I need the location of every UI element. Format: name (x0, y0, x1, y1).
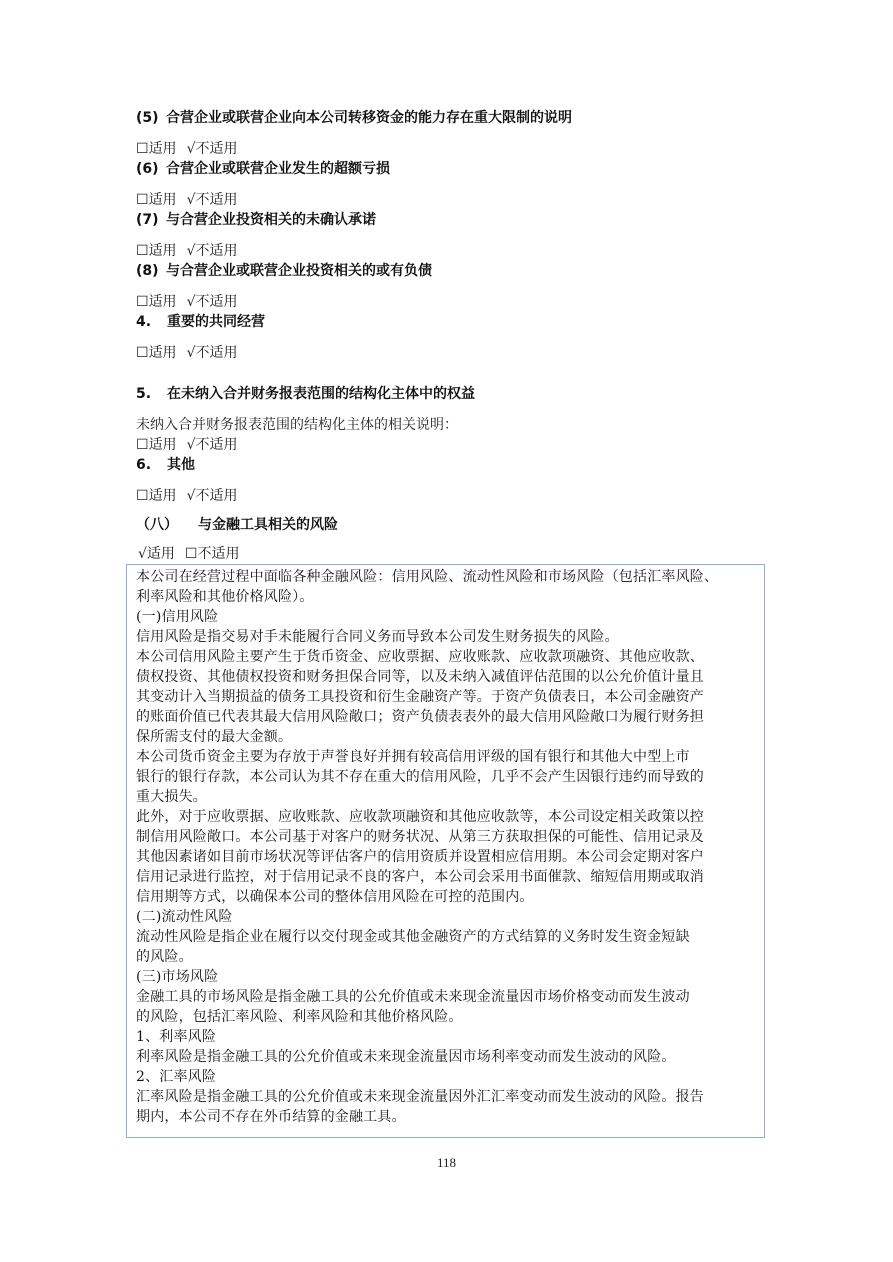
checkbox-not-applicable: √不适用 (187, 343, 238, 363)
box-line: 的风险。 (136, 947, 193, 967)
heading-text: 与合营企业投资相关的未确认承诺 (166, 212, 376, 228)
heading-number: 6. (136, 455, 167, 475)
section-heading-5: 5.在未纳入合并财务报表范围的结构化主体中的权益 (136, 384, 475, 404)
financial-risk-text-box: 本公司在经营过程中面临各种金融风险：信用风险、流动性风险和市场风险（包括汇率风险… (126, 564, 765, 1138)
box-line: 本公司货币资金主要为存放于声誉良好并拥有较高信用评级的国有银行和其他大中型上市 (136, 747, 690, 767)
box-line: 保所需支付的最大金额。 (136, 727, 292, 747)
checkbox-not-applicable: ☐不适用 (185, 544, 240, 564)
checkbox-applicable: ☐适用 (136, 241, 177, 261)
box-line: 利率风险是指金融工具的公允价值或未来现金流量因市场利率变动而发生波动的风险。 (136, 1047, 676, 1067)
document-page: (5)合营企业或联营企业向本公司转移资金的能力存在重大限制的说明 ☐适用√不适用… (0, 0, 893, 1262)
box-line: 本公司在经营过程中面临各种金融风险：信用风险、流动性风险和市场风险（包括汇率风险… (136, 567, 718, 587)
heading-number: 4. (136, 312, 167, 332)
applicability-4: ☐适用√不适用 (136, 343, 237, 363)
heading-number: 5. (136, 384, 167, 404)
box-line: 期内，本公司不存在外币结算的金融工具。 (136, 1107, 406, 1127)
heading-text: 在未纳入合并财务报表范围的结构化主体中的权益 (167, 386, 475, 402)
section-heading-8-paren: (8)与合营企业或联营企业投资相关的或有负债 (136, 261, 432, 281)
section-heading-6-paren: (6)合营企业或联营企业发生的超额亏损 (136, 159, 390, 179)
page-number: 118 (0, 1155, 893, 1171)
checkbox-applicable: ☐适用 (136, 486, 177, 506)
heading-text: 与金融工具相关的风险 (198, 517, 338, 533)
heading-number: (7) (136, 210, 166, 230)
box-line: 本公司信用风险主要产生于货币资金、应收票据、应收账款、应收款项融资、其他应收款、 (136, 647, 704, 667)
checkbox-applicable: ☐适用 (136, 343, 177, 363)
box-line: 信用期等方式，以确保本公司的整体信用风险在可控的范围内。 (136, 887, 534, 907)
box-line: 此外，对于应收票据、应收账款、应收款项融资和其他应收款等，本公司设定相关政策以控 (136, 807, 704, 827)
box-line: 信用记录进行监控，对于信用记录不良的客户，本公司会采用书面催款、缩短信用期或取消 (136, 867, 704, 887)
checkbox-applicable: ☐适用 (136, 435, 177, 455)
checkbox-not-applicable: √不适用 (187, 139, 238, 159)
box-line: 1、利率风险 (136, 1027, 216, 1047)
heading-text: 与合营企业或联营企业投资相关的或有负债 (166, 263, 432, 279)
box-line: 重大损失。 (136, 787, 207, 807)
applicability-5: ☐适用√不适用 (136, 435, 237, 455)
checkbox-applicable: ☐适用 (136, 139, 177, 159)
section-heading-5-paren: (5)合营企业或联营企业向本公司转移资金的能力存在重大限制的说明 (136, 108, 572, 128)
checkbox-not-applicable: √不适用 (187, 292, 238, 312)
box-line: (三)市场风险 (136, 967, 218, 987)
heading-text: 合营企业或联营企业向本公司转移资金的能力存在重大限制的说明 (166, 110, 572, 126)
box-line: (二)流动性风险 (136, 907, 233, 927)
box-line: 的风险，包括汇率风险、利率风险和其他价格风险。 (136, 1007, 463, 1027)
box-line: 金融工具的市场风险是指金融工具的公允价值或未来现金流量因市场价格变动而发生波动 (136, 987, 690, 1007)
box-line: 银行的银行存款，本公司认为其不存在重大的信用风险，几乎不会产生因银行违约而导致的 (136, 767, 704, 787)
checkbox-not-applicable: √不适用 (187, 486, 238, 506)
section-heading-7-paren: (7)与合营企业投资相关的未确认承诺 (136, 210, 376, 230)
checkbox-not-applicable: √不适用 (187, 190, 238, 210)
section-5-note: 未纳入合并财务报表范围的结构化主体的相关说明： (136, 415, 458, 435)
applicability-8-chinese: √适用☐不适用 (138, 544, 239, 564)
heading-text: 重要的共同经营 (167, 314, 265, 330)
heading-number: (8) (136, 261, 166, 281)
section-heading-4: 4.重要的共同经营 (136, 312, 265, 332)
heading-text: 其他 (167, 457, 195, 473)
heading-number: (6) (136, 159, 166, 179)
checkbox-applicable: √适用 (138, 544, 175, 564)
box-line: 其变动计入当期损益的债务工具投资和衍生金融资产等。于资产负债表日，本公司金融资产 (136, 687, 704, 707)
applicability-6: ☐适用√不适用 (136, 486, 237, 506)
applicability-5-paren: ☐适用√不适用 (136, 139, 237, 159)
box-line: 制信用风险敞口。本公司基于对客户的财务状况、从第三方获取担保的可能性、信用记录及 (136, 827, 704, 847)
box-line: 其他因素诸如目前市场状况等评估客户的信用资质并设置相应信用期。本公司会定期对客户 (136, 847, 704, 867)
box-line: 债权投资、其他债权投资和财务担保合同等，以及未纳入减值评估范围的以公允价值计量且 (136, 667, 704, 687)
box-line: 2、汇率风险 (136, 1067, 216, 1087)
heading-number: （八） (136, 515, 198, 535)
checkbox-not-applicable: √不适用 (187, 435, 238, 455)
box-line: 汇率风险是指金融工具的公允价值或未来现金流量因外汇汇率变动而发生波动的风险。报告 (136, 1087, 704, 1107)
checkbox-applicable: ☐适用 (136, 292, 177, 312)
heading-text: 合营企业或联营企业发生的超额亏损 (166, 161, 390, 177)
checkbox-not-applicable: √不适用 (187, 241, 238, 261)
section-heading-8-chinese: （八）与金融工具相关的风险 (136, 515, 338, 535)
box-line: 流动性风险是指企业在履行以交付现金或其他金融资产的方式结算的义务时发生资金短缺 (136, 927, 690, 947)
checkbox-applicable: ☐适用 (136, 190, 177, 210)
box-line: (一)信用风险 (136, 607, 218, 627)
section-heading-6: 6.其他 (136, 455, 195, 475)
applicability-7-paren: ☐适用√不适用 (136, 241, 237, 261)
applicability-8-paren: ☐适用√不适用 (136, 292, 237, 312)
box-line: 信用风险是指交易对手未能履行合同义务而导致本公司发生财务损失的风险。 (136, 627, 619, 647)
box-line: 利率风险和其他价格风险）。 (136, 587, 314, 607)
box-line: 的账面价值已代表其最大信用风险敞口；资产负债表表外的最大信用风险敞口为履行财务担 (136, 707, 704, 727)
heading-number: (5) (136, 108, 166, 128)
applicability-6-paren: ☐适用√不适用 (136, 190, 237, 210)
